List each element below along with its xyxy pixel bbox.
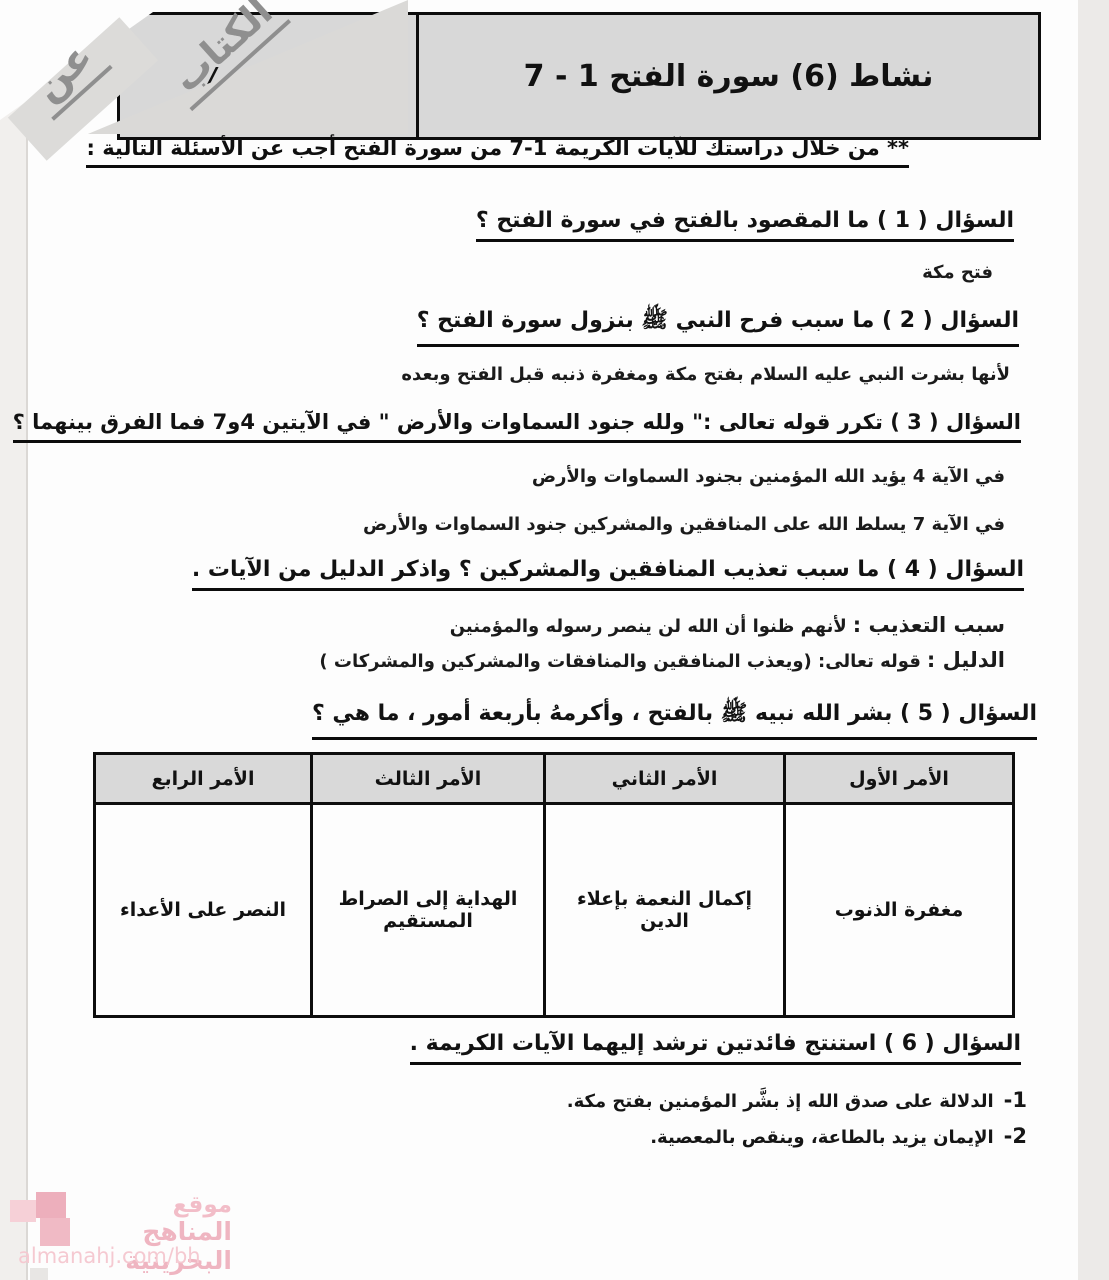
item-2-number: 2-	[1004, 1124, 1027, 1148]
scan-edge-left	[0, 0, 28, 1280]
question-2-answer: لأنها بشرت النبي عليه السلام بفتح مكة وم…	[401, 364, 1010, 385]
worksheet-page: نشاط (6) سورة الفتح 1 - 7 التاريخ: / / ع…	[0, 0, 1109, 1280]
watermark-line-1: موقع	[50, 1192, 232, 1218]
question-4-heading: السؤال ( 4 ) ما سبب تعذيب المنافقين والم…	[192, 557, 1024, 591]
table-cell-first: مغفرة الذنوب	[785, 804, 1014, 1017]
question-6-item-1: 1-الدلالة على صدق الله إذ بشَّر المؤمنين…	[567, 1088, 1027, 1112]
question-6-item-2: 2-الإيمان يزيد بالطاعة، وينقص بالمعصية.	[650, 1124, 1027, 1148]
four-matters-table: الأمر الأول الأمر الثاني الأمر الثالث ال…	[93, 752, 1015, 1018]
question-2-heading: السؤال ( 2 ) ما سبب فرح النبي ﷺ بنزول سو…	[417, 306, 1019, 347]
table-header-first: الأمر الأول	[785, 754, 1014, 804]
question-1-answer: فتح مكة	[922, 262, 993, 283]
table-header-third: الأمر الثالث	[312, 754, 545, 804]
question-5-heading: السؤال ( 5 ) بشر الله نبيه ﷺ بالفتح ، وأ…	[312, 699, 1037, 740]
question-3-answer-aya4: في الآية 4 يؤيد الله المؤمنين بجنود السم…	[532, 466, 1005, 487]
question-1-heading: السؤال ( 1 ) ما المقصود بالفتح في سورة ا…	[476, 208, 1014, 242]
activity-title: نشاط (6) سورة الفتح 1 - 7	[416, 15, 1038, 137]
question-3-heading: السؤال ( 3 ) تكرر قوله تعالى :" ولله جنو…	[13, 410, 1021, 443]
table-cell-third: الهداية إلى الصراط المستقيم	[312, 804, 545, 1017]
table-header-row: الأمر الأول الأمر الثاني الأمر الثالث ال…	[95, 754, 1014, 804]
item-1-text: الدلالة على صدق الله إذ بشَّر المؤمنين ب…	[567, 1091, 994, 1112]
watermark-logo-square	[10, 1200, 36, 1222]
watermark-url: almanahj.com/bh	[18, 1244, 201, 1268]
evidence-term: الدليل :	[927, 648, 1005, 672]
evidence-text: قوله تعالى: (ويعذب المنافقين والمنافقات …	[319, 651, 921, 672]
scan-edge-chip	[30, 1268, 48, 1280]
item-2-text: الإيمان يزيد بالطاعة، وينقص بالمعصية.	[650, 1127, 993, 1148]
question-3-answer-aya7: في الآية 7 يسلط الله على المنافقين والمش…	[363, 514, 1005, 535]
item-1-number: 1-	[1004, 1088, 1027, 1112]
instruction-line: ** من خلال دراستك للآيات الكريمة 1-7 من …	[86, 136, 909, 168]
table-header-second: الأمر الثاني	[545, 754, 785, 804]
question-4-evidence: الدليل :قوله تعالى: (ويعذب المنافقين وال…	[319, 648, 1005, 672]
table-cell-fourth: النصر على الأعداء	[95, 804, 312, 1017]
reason-term: سبب التعذيب :	[853, 613, 1005, 637]
scan-edge-right	[1078, 0, 1109, 1280]
table-body-row: مغفرة الذنوب إكمال النعمة بإعلاء الدين ا…	[95, 804, 1014, 1017]
question-4-reason: سبب التعذيب :لأنهم ظنوا أن الله لن ينصر …	[450, 613, 1005, 637]
table-cell-second: إكمال النعمة بإعلاء الدين	[545, 804, 785, 1017]
table-header-fourth: الأمر الرابع	[95, 754, 312, 804]
question-6-heading: السؤال ( 6 ) استنتج فائدتين ترشد إليهما …	[410, 1031, 1021, 1065]
reason-text: لأنهم ظنوا أن الله لن ينصر رسوله والمؤمن…	[450, 616, 847, 637]
